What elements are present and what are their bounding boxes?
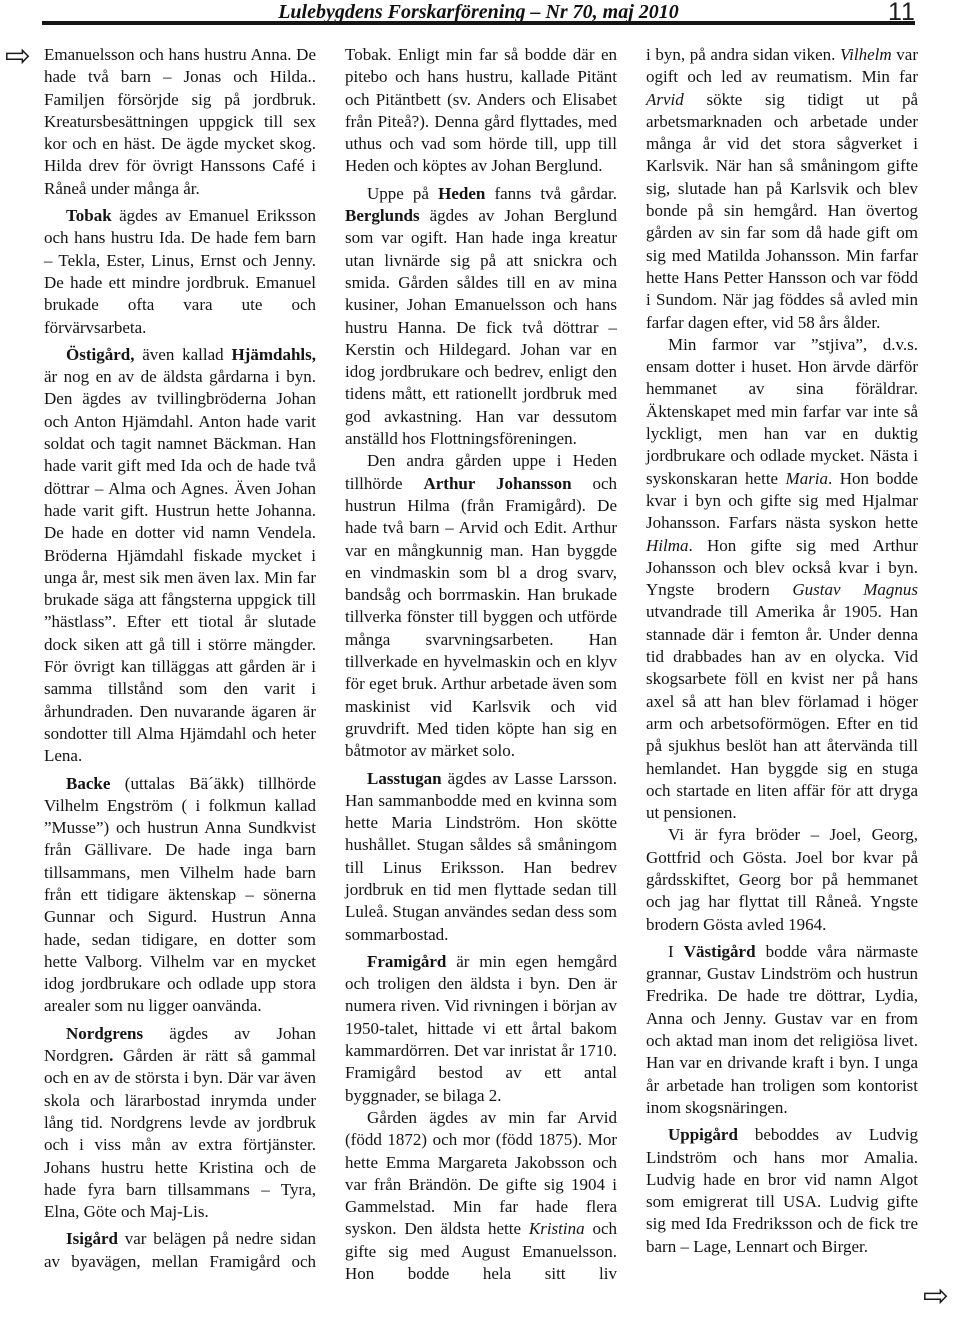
text-column-2: Tobak. Enligt min far så bodde där en pi… bbox=[345, 44, 617, 1285]
paragraph: Nordgrens ägdes av Johan Nordgren. Gårde… bbox=[44, 1023, 316, 1224]
paragraph: Östigård, även kallad Hjämdahls, är nog … bbox=[44, 344, 316, 768]
paragraph: Tobak. Enligt min far så bodde där en pi… bbox=[345, 44, 617, 178]
paragraph: Emanuelsson och hans hustru Anna. De had… bbox=[44, 44, 316, 200]
text-column-1: Emanuelsson och hans hustru Anna. De had… bbox=[44, 44, 316, 1285]
article-text-columns: Emanuelsson och hans hustru Anna. De had… bbox=[44, 44, 918, 1285]
continued-on-next-page-arrow-icon: ⇨ bbox=[923, 1281, 949, 1312]
paragraph: Uppe på Heden fanns två gårdar. Berglund… bbox=[345, 183, 617, 451]
paragraph: i byn, på andra sidan viken. Vilhelm var… bbox=[646, 44, 918, 334]
paragraph: Lasstugan ägdes av Lasse Larsson. Han sa… bbox=[345, 768, 617, 946]
paragraph: Gården ägdes av min far Arvid (född 1872… bbox=[345, 1107, 617, 1285]
paragraph: Tobak ägdes av Emanuel Eriksson och hans… bbox=[44, 205, 316, 339]
journal-title: Lulebygdens Forskarförening – Nr 70, maj… bbox=[42, 1, 915, 23]
paragraph: Vi är fyra bröder – Joel, Georg, Gottfri… bbox=[646, 824, 918, 935]
text-column-3: i byn, på andra sidan viken. Vilhelm var… bbox=[646, 44, 918, 1285]
paragraph: Backe (uttalas Bä´äkk) tillhörde Vilhelm… bbox=[44, 773, 316, 1018]
paragraph: Min farmor var ”stjiva”, d.v.s. ensam do… bbox=[646, 334, 918, 825]
paragraph: Uppigård beboddes av Ludvig Lindström oc… bbox=[646, 1124, 918, 1258]
paragraph: Isigård var belägen på nedre sidan av by… bbox=[44, 1228, 316, 1273]
paragraph: Den andra gården uppe i Heden tillhörde … bbox=[345, 450, 617, 762]
paragraph: Framigård är min egen hemgård och trolig… bbox=[345, 951, 617, 1107]
continued-from-previous-page-arrow-icon: ⇨ bbox=[5, 41, 31, 72]
header-rule bbox=[42, 21, 915, 25]
paragraph: I Västigård bodde våra närmaste grannar,… bbox=[646, 941, 918, 1119]
